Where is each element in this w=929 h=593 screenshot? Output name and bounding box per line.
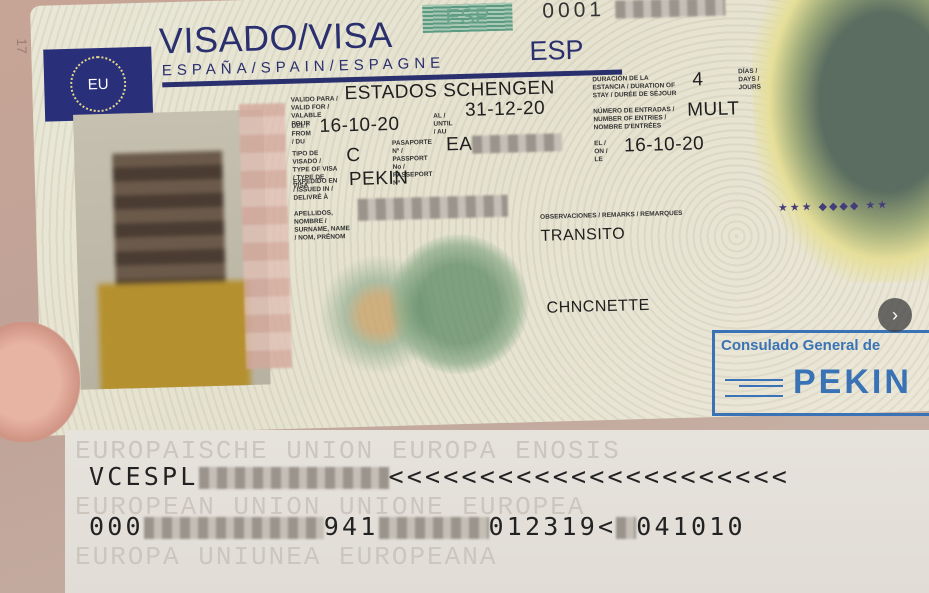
- green-emblem: ESP: [422, 3, 513, 34]
- eu-label: EU: [88, 75, 109, 93]
- mrz-line-1: VCESPL<<<<<<<<<<<<<<<<<<<<<<: [89, 462, 790, 491]
- on-label: EL / ON / LE: [594, 140, 609, 164]
- visa-type: C: [346, 145, 361, 167]
- from-date: 16-10-20: [319, 114, 400, 138]
- redacted-mrz-3: [616, 517, 636, 539]
- stamp-city: PEKIN: [793, 363, 912, 402]
- days-label: DÍAS / DAYS / JOURS: [738, 68, 761, 93]
- passport-number: EA: [446, 131, 563, 156]
- issue-date: 16-10-20: [624, 133, 705, 157]
- redacted-serial: [615, 0, 725, 19]
- entries-label: NÚMERO DE ENTRADAS / NUMBER OF ENTRIES /…: [593, 106, 684, 133]
- stamp-lines: [725, 379, 783, 397]
- issued-in: PEKIN: [349, 168, 409, 192]
- remarks-line-1: TRANSITO: [540, 225, 625, 245]
- duration-label: DURACIÓN DE LA ESTANCIA / DURATION OF ST…: [592, 74, 683, 101]
- next-image-button[interactable]: ›: [878, 298, 912, 332]
- redacted-mrz-1: [144, 517, 324, 539]
- visa-title: VISADO/VISA: [158, 14, 393, 63]
- surname-label: APELLIDOS, NOMBRE / SURNAME, NAME / NOM,…: [294, 209, 351, 243]
- ghost-image: [239, 103, 292, 369]
- mrz-background-text-3: EUROPA UNIUNEA EUROPEANA: [75, 542, 497, 572]
- shirt: [98, 280, 251, 390]
- redacted-mrz-2: [379, 517, 489, 539]
- stamp-consulate-text: Consulado General de: [721, 337, 880, 354]
- hologram: [750, 0, 929, 286]
- remarks-line-2: CHNCNETTE: [546, 297, 650, 318]
- redacted-mrz-name: [199, 467, 389, 489]
- chevron-right-icon: ›: [892, 305, 898, 326]
- until-label: AL / UNTIL / AU: [433, 112, 454, 137]
- page-number: 17: [14, 38, 30, 54]
- redacted-name: [358, 195, 509, 221]
- consulate-stamp: Consulado General de PEKIN: [712, 330, 929, 416]
- machine-readable-zone: EUROPAISCHE UNION EUROPA ENOSIS VCESPL<<…: [65, 430, 929, 593]
- entries-value: MULT: [687, 98, 740, 121]
- pixelated-face: [112, 151, 226, 294]
- until-date: 31-12-20: [465, 98, 546, 122]
- mrz-line-2: 000941012319<041010: [89, 512, 746, 541]
- country-code: ESP: [529, 35, 584, 67]
- issued-label: EXPEDIDO EN / ISSUED IN / DELIVRÉ À: [293, 177, 340, 202]
- eu-flag-icon: EU: [43, 47, 153, 122]
- from-label: DEL / FROM / DU: [291, 122, 312, 147]
- duration-value: 4: [692, 69, 704, 91]
- redacted-passport: [472, 133, 562, 154]
- thumb: [0, 322, 80, 442]
